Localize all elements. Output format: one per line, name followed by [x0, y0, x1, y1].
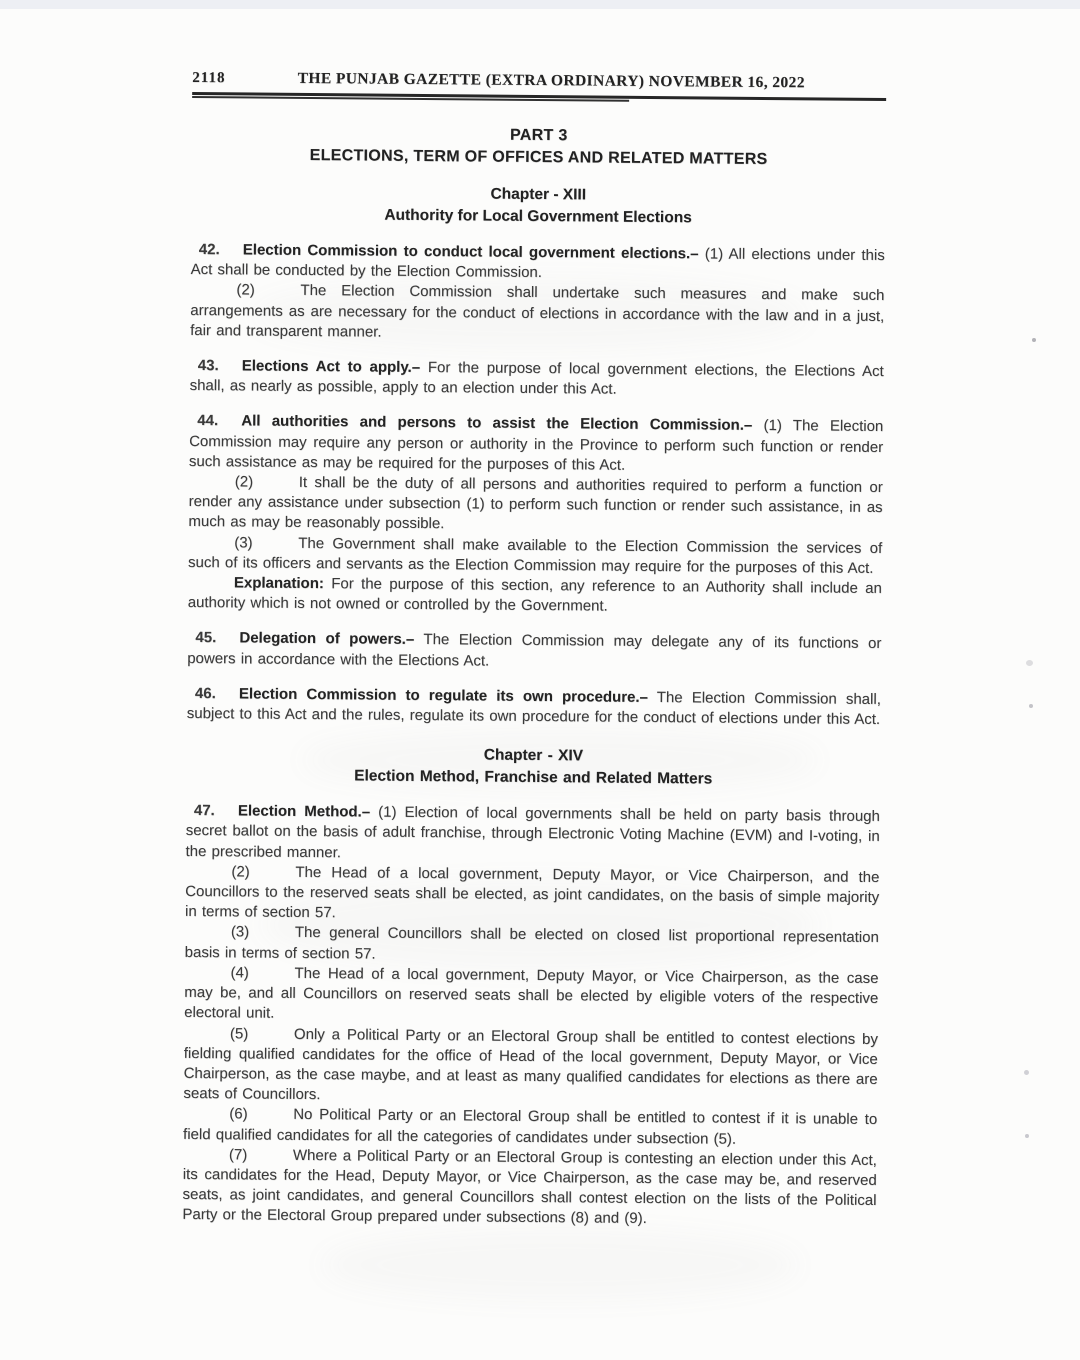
section-heading: All authorities and persons to assist th…: [241, 413, 752, 434]
chapter-13-heading: Chapter - XIII Authority for Local Gover…: [191, 181, 885, 231]
running-header: 2118 THE PUNJAB GAZETTE (EXTRA ORDINARY)…: [192, 69, 886, 93]
explanation-paragraph: Explanation: For the purpose of this sec…: [188, 573, 882, 619]
subsection-42-2: (2)The Election Commission shall underta…: [190, 280, 885, 347]
subsection-47-3: (3)The general Councillors shall be elec…: [185, 922, 879, 968]
section-number: 45.: [195, 628, 239, 649]
section-heading: Election Commission to regulate its own …: [239, 685, 648, 706]
section-46: 46.Election Commission to regulate its o…: [187, 684, 881, 730]
chapter-14-heading: Chapter - XIV Election Method, Franchise…: [186, 742, 880, 792]
subsection-47-6: (6)No Political Party or an Electoral Gr…: [183, 1104, 877, 1150]
subsection-44-2: (2)It shall be the duty of all persons a…: [188, 472, 883, 539]
subsection-47-5: (5)Only a Political Party or an Electora…: [183, 1023, 878, 1110]
scanned-page: 2118 THE PUNJAB GAZETTE (EXTRA ORDINARY)…: [0, 0, 1080, 1233]
subsection-number: (4): [230, 963, 294, 984]
subsection-number: (5): [230, 1024, 294, 1045]
section-number: 47.: [194, 801, 238, 822]
section-47: 47.Election Method.– (1) Election of loc…: [185, 801, 880, 868]
section-number: 42.: [199, 240, 243, 261]
gazette-title: THE PUNJAB GAZETTE (EXTRA ORDINARY) NOVE…: [280, 70, 822, 93]
body-text: 42.Election Commission to conduct local …: [182, 240, 885, 1232]
scan-speck: [1024, 1070, 1029, 1075]
scan-speck: [1029, 704, 1033, 708]
subsection-number: (2): [231, 862, 295, 883]
header-spacer: [822, 87, 886, 88]
section-heading: Election Commission to conduct local gov…: [243, 241, 699, 262]
scan-speck: [1025, 1134, 1029, 1138]
page-number: 2118: [192, 70, 280, 88]
subsection-47-4: (4)The Head of a local government, Deput…: [184, 963, 879, 1030]
part-title: ELECTIONS, TERM OF OFFICES AND RELATED M…: [192, 144, 886, 172]
section-heading: Election Method.–: [238, 803, 370, 821]
section-number: 44.: [197, 411, 241, 432]
subsection-number: (7): [229, 1145, 293, 1166]
subsection-number: (3): [234, 533, 298, 554]
section-number: 46.: [195, 684, 239, 705]
scan-shading: [320, 1230, 800, 1300]
section-heading: Elections Act to apply.–: [242, 357, 420, 376]
section-45: 45.Delegation of powers.– The Election C…: [187, 628, 881, 674]
explanation-label: Explanation:: [234, 574, 324, 592]
scan-speck: [1026, 660, 1033, 666]
subsection-47-2: (2)The Head of a local government, Deput…: [185, 862, 880, 929]
section-42: 42.Election Commission to conduct local …: [191, 240, 885, 286]
section-44: 44.All authorities and persons to assist…: [189, 411, 884, 478]
chapter-14-title: Election Method, Franchise and Related M…: [186, 764, 880, 792]
section-43: 43.Elections Act to apply.– For the purp…: [190, 356, 884, 402]
header-rule: [192, 92, 886, 109]
chapter-13-title: Authority for Local Government Elections: [191, 203, 885, 231]
subsection-number: (2): [236, 281, 300, 302]
subsection-number: (6): [229, 1105, 293, 1126]
part-heading: PART 3 ELECTIONS, TERM OF OFFICES AND RE…: [192, 122, 886, 172]
subsection-number: (3): [231, 923, 295, 944]
section-number: 43.: [198, 356, 242, 377]
section-heading: Delegation of powers.–: [239, 630, 414, 649]
subsection-number: (2): [235, 472, 299, 493]
subsection-47-7: (7)Where a Political Party or an Elector…: [182, 1145, 877, 1232]
scan-speck: [1032, 338, 1036, 342]
subsection-44-3: (3)The Government shall make available t…: [188, 533, 882, 579]
